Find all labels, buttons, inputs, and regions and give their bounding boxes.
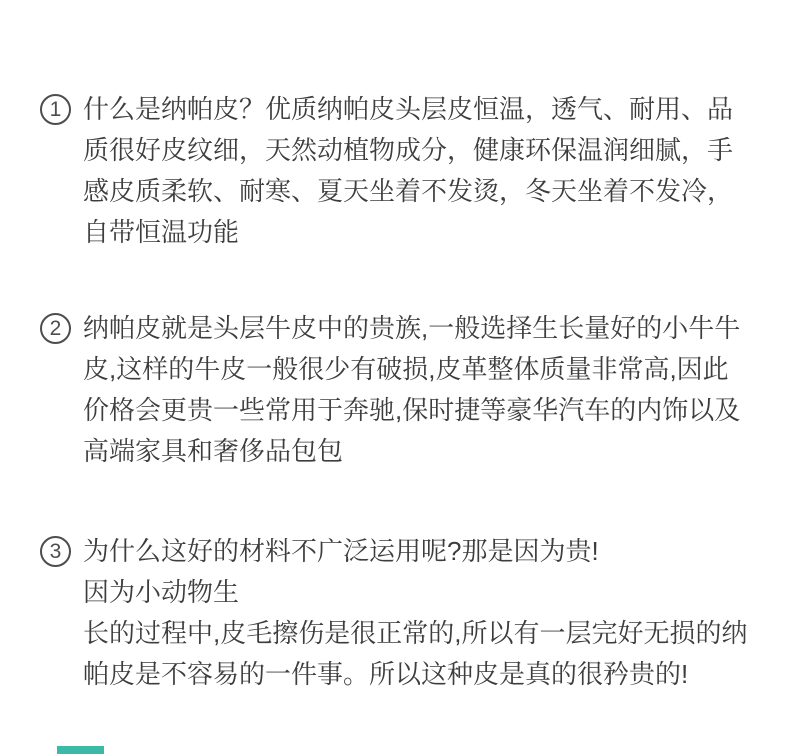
item-text: 什么是纳帕皮？优质纳帕皮头层皮恒温，透气、耐用、品 质很好皮纹细，天然动植物成分… <box>83 89 750 253</box>
product-description-page: 1 什么是纳帕皮？优质纳帕皮头层皮恒温，透气、耐用、品 质很好皮纹细，天然动植物… <box>0 0 790 754</box>
item-number: 3 <box>50 541 62 562</box>
list-item: 1 什么是纳帕皮？优质纳帕皮头层皮恒温，透气、耐用、品 质很好皮纹细，天然动植物… <box>40 89 750 253</box>
numbered-list: 1 什么是纳帕皮？优质纳帕皮头层皮恒温，透气、耐用、品 质很好皮纹细，天然动植物… <box>0 0 790 695</box>
item-text: 为什么这好的材料不广泛运用呢?那是因为贵!因为小动物生 长的过程中,皮毛擦伤是很… <box>83 531 750 695</box>
circled-number-3-badge: 3 <box>40 536 71 567</box>
list-item: 3 为什么这好的材料不广泛运用呢?那是因为贵!因为小动物生 长的过程中,皮毛擦伤… <box>40 531 750 695</box>
list-item: 2 纳帕皮就是头层牛皮中的贵族,一般选择生长量好的小牛牛 皮,这样的牛皮一般很少… <box>40 308 750 472</box>
teal-accent-bar <box>57 746 104 754</box>
circled-number-1-badge: 1 <box>40 94 71 125</box>
item-number: 2 <box>50 318 62 339</box>
item-number: 1 <box>50 99 62 120</box>
circled-number-2-badge: 2 <box>40 313 71 344</box>
item-text: 纳帕皮就是头层牛皮中的贵族,一般选择生长量好的小牛牛 皮,这样的牛皮一般很少有破… <box>83 308 750 472</box>
